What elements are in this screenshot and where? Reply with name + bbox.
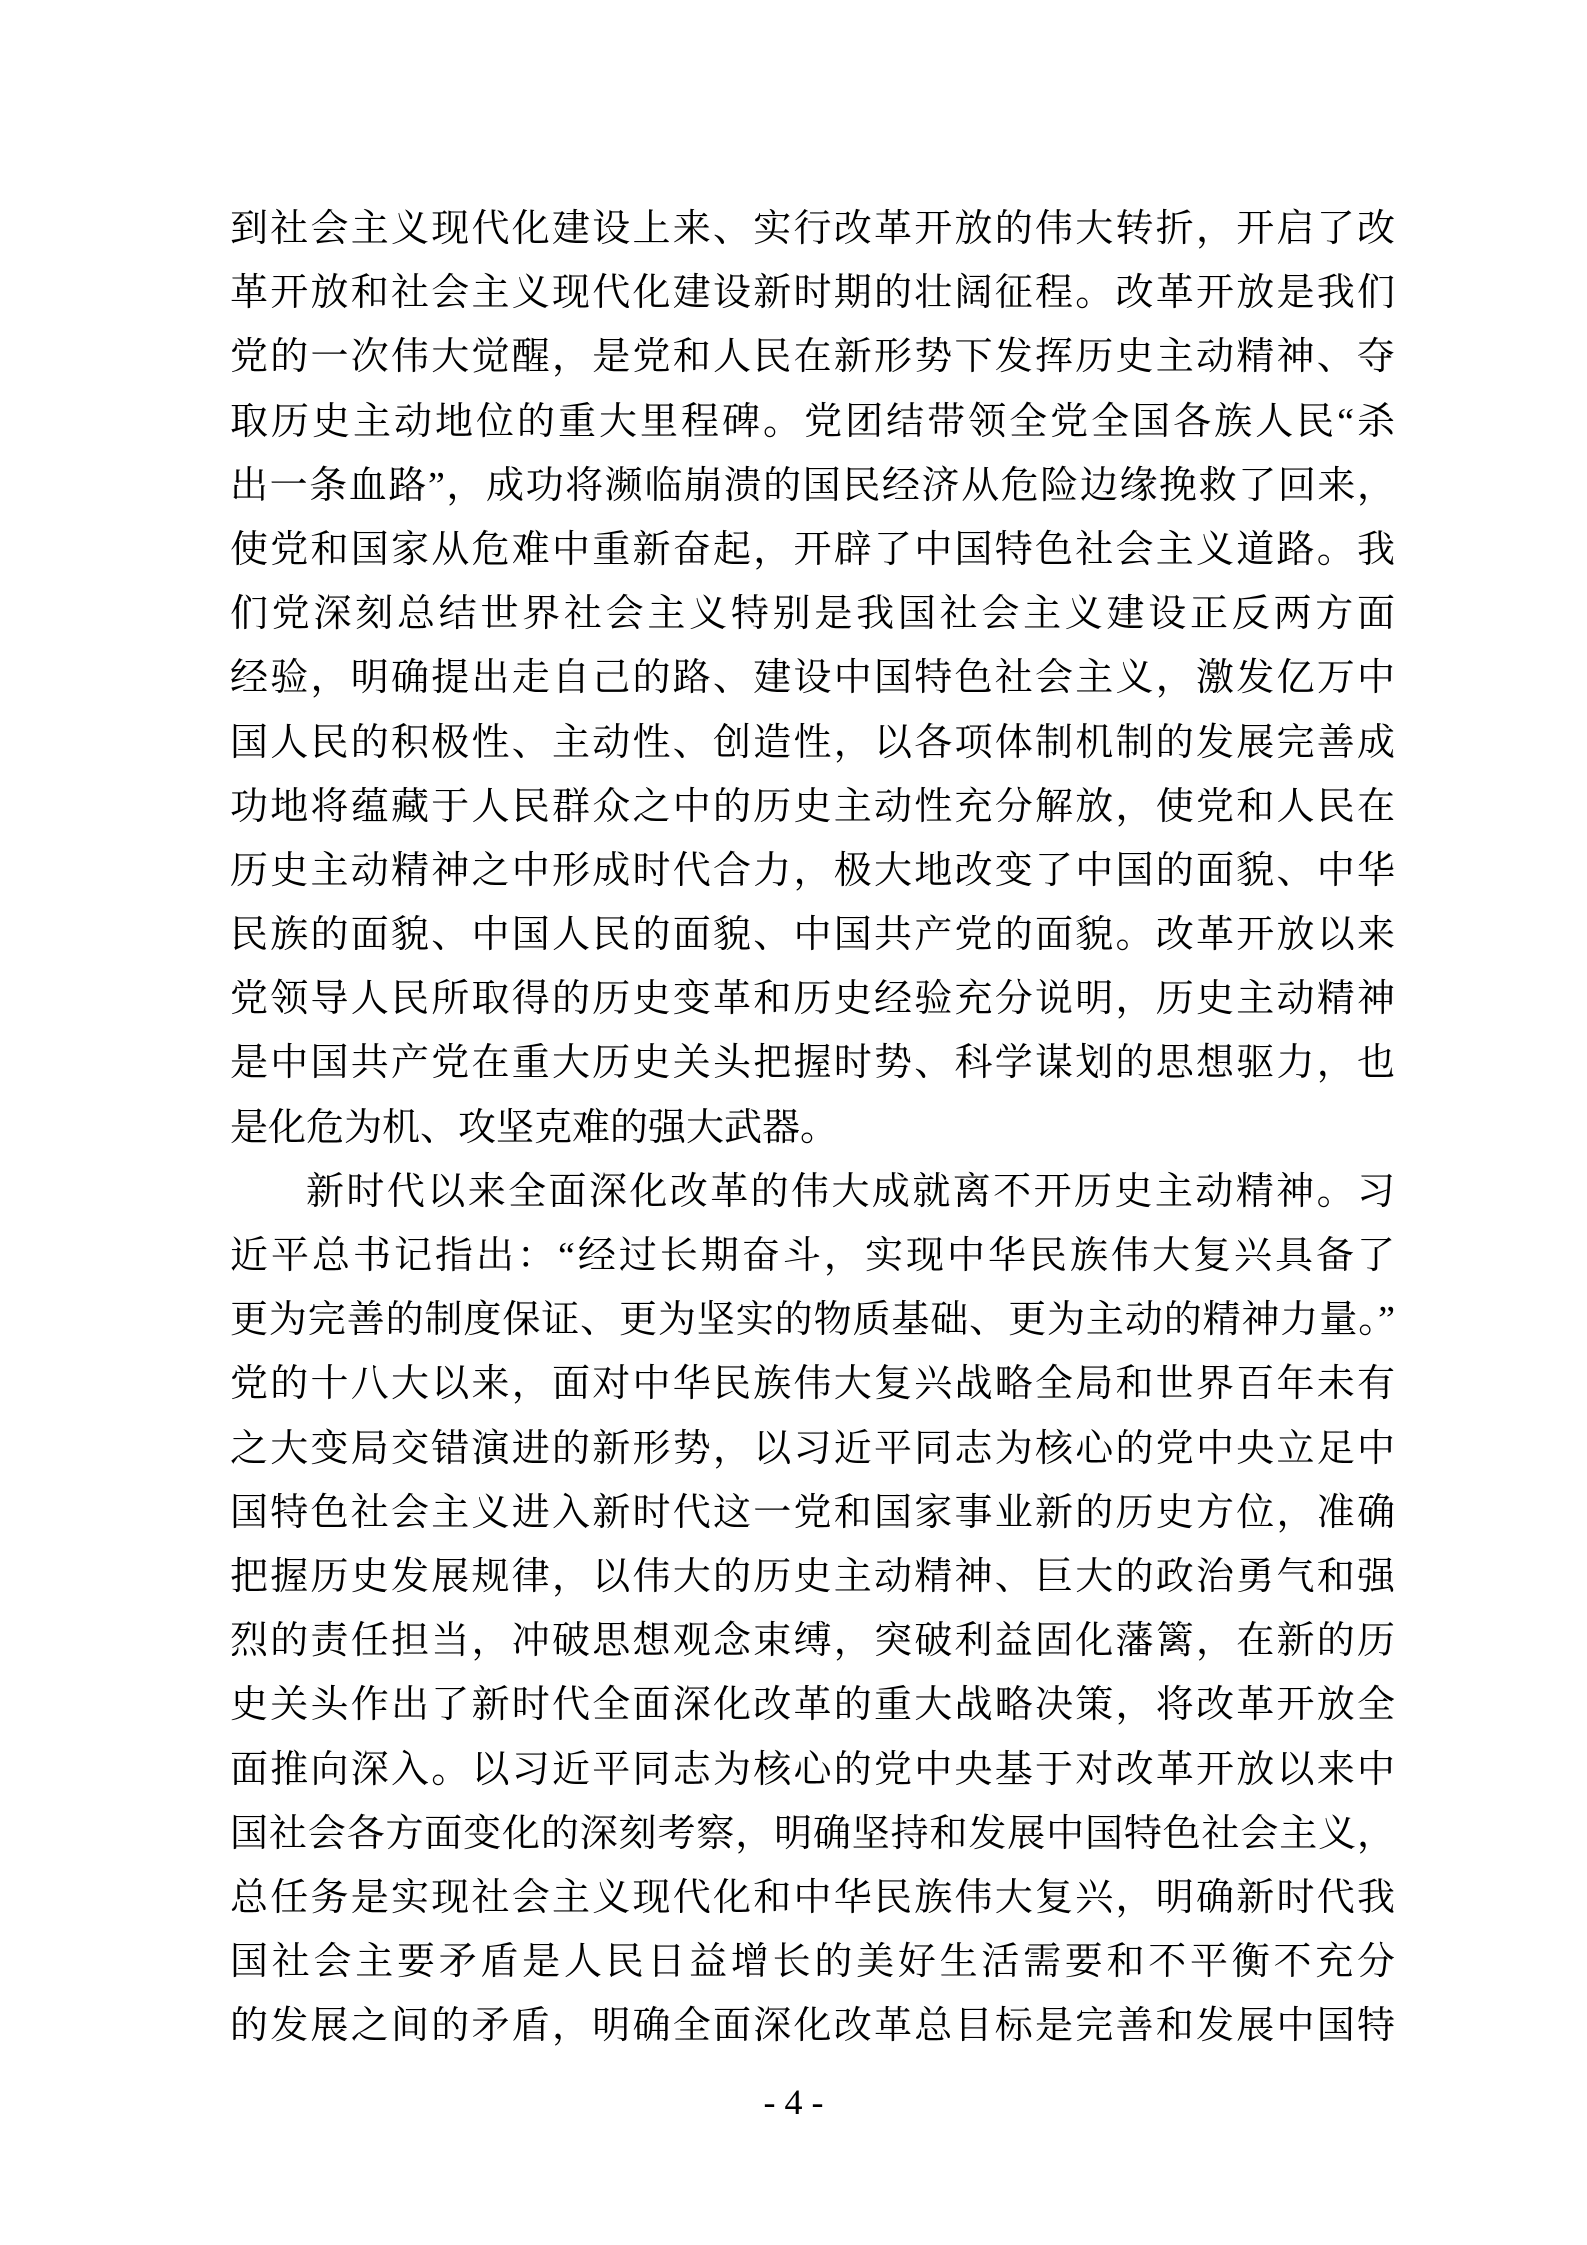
text-line: 历史主动精神之中形成时代合力，极大地改变了中国的面貌、中华 — [230, 839, 1395, 903]
text-line: 国社会各方面变化的深刻考察，明确坚持和发展中国特色社会主义， — [230, 1802, 1395, 1866]
text-line: 国社会主要矛盾是人民日益增长的美好生活需要和不平衡不充分 — [230, 1930, 1395, 1994]
text-line: 国人民的积极性、主动性、创造性，以各项体制机制的发展完善成 — [230, 711, 1395, 775]
document-page: 到社会主义现代化建设上来、实行改革开放的伟大转折，开启了改革开放和社会主义现代化… — [0, 0, 1587, 2245]
text-line: 们党深刻总结世界社会主义特别是我国社会主义建设正反两方面 — [230, 582, 1395, 646]
text-line: 到社会主义现代化建设上来、实行改革开放的伟大转折，开启了改 — [230, 197, 1395, 261]
text-line: 经验，明确提出走自己的路、建设中国特色社会主义，激发亿万中 — [230, 646, 1395, 710]
text-line: 总任务是实现社会主义现代化和中华民族伟大复兴，明确新时代我 — [230, 1866, 1395, 1930]
text-line: 近平总书记指出：“经过长期奋斗，实现中华民族伟大复兴具备了 — [230, 1224, 1395, 1288]
text-block: 到社会主义现代化建设上来、实行改革开放的伟大转折，开启了改革开放和社会主义现代化… — [230, 197, 1395, 2058]
text-line: 党的一次伟大觉醒，是党和人民在新形势下发挥历史主动精神、夺 — [230, 325, 1395, 389]
text-line: 党领导人民所取得的历史变革和历史经验充分说明，历史主动精神 — [230, 967, 1395, 1031]
text-line: 民族的面貌、中国人民的面貌、中国共产党的面貌。改革开放以来 — [230, 903, 1395, 967]
text-line: 国特色社会主义进入新时代这一党和国家事业新的历史方位，准确 — [230, 1481, 1395, 1545]
page-number: - 4 - — [764, 2082, 824, 2122]
text-line: 革开放和社会主义现代化建设新时期的壮阔征程。改革开放是我们 — [230, 261, 1395, 325]
text-line: 的发展之间的矛盾，明确全面深化改革总目标是完善和发展中国特 — [230, 1994, 1395, 2058]
text-line: 功地将蕴藏于人民群众之中的历史主动性充分解放，使党和人民在 — [230, 775, 1395, 839]
text-line: 史关头作出了新时代全面深化改革的重大战略决策，将改革开放全 — [230, 1673, 1395, 1737]
text-line: 使党和国家从危难中重新奋起，开辟了中国特色社会主义道路。我 — [230, 518, 1395, 582]
text-line: 更为完善的制度保证、更为坚实的物质基础、更为主动的精神力量。” — [230, 1288, 1395, 1352]
text-line: 之大变局交错演进的新形势，以习近平同志为核心的党中央立足中 — [230, 1417, 1395, 1481]
text-line: 面推向深入。以习近平同志为核心的党中央基于对改革开放以来中 — [230, 1738, 1395, 1802]
text-line: 是化危为机、攻坚克难的强大武器。 — [230, 1096, 1395, 1160]
page-footer: - 4 - — [0, 2082, 1587, 2122]
text-line: 新时代以来全面深化改革的伟大成就离不开历史主动精神。习 — [230, 1160, 1395, 1224]
text-line: 出一条血路”，成功将濒临崩溃的国民经济从危险边缘挽救了回来， — [230, 454, 1395, 518]
text-line: 是中国共产党在重大历史关头把握时势、科学谋划的思想驱力，也 — [230, 1031, 1395, 1095]
text-line: 把握历史发展规律，以伟大的历史主动精神、巨大的政治勇气和强 — [230, 1545, 1395, 1609]
text-line: 取历史主动地位的重大里程碑。党团结带领全党全国各族人民“杀 — [230, 390, 1395, 454]
text-line: 烈的责任担当，冲破思想观念束缚，突破利益固化藩篱，在新的历 — [230, 1609, 1395, 1673]
text-line: 党的十八大以来，面对中华民族伟大复兴战略全局和世界百年未有 — [230, 1352, 1395, 1416]
